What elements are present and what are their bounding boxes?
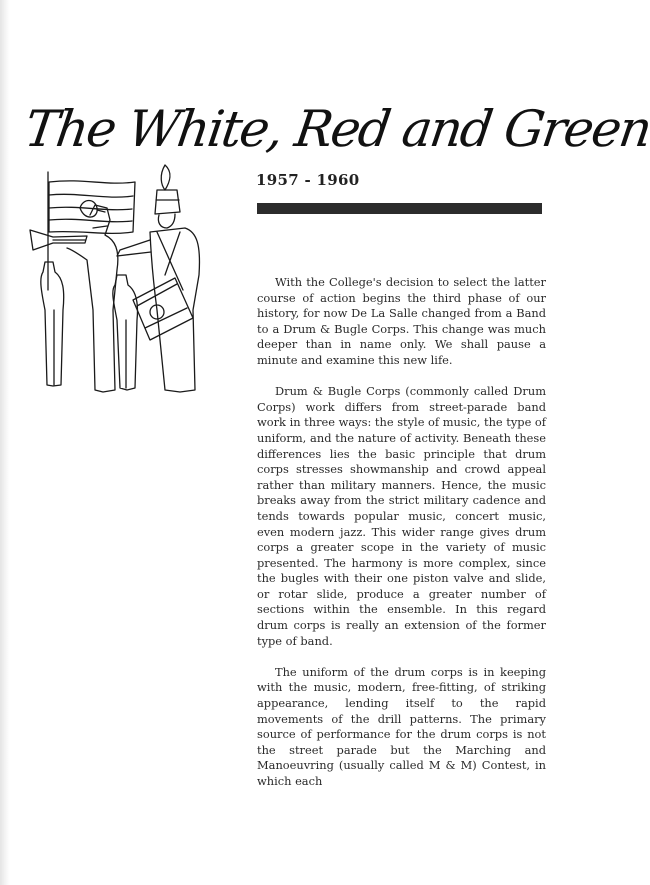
section-divider-bar (257, 203, 542, 214)
drum-corps-illustration (25, 160, 215, 400)
paragraph: The uniform of the drum corps is in keep… (257, 665, 546, 790)
article-body: With the College's decision to select th… (257, 275, 546, 805)
page-edge-shadow (0, 0, 10, 885)
paragraph: With the College's decision to select th… (257, 275, 546, 369)
page-title: The White, Red and Green (20, 92, 511, 167)
paragraph: Drum & Bugle Corps (commonly called Drum… (257, 384, 546, 649)
date-range-heading: 1957 - 1960 (256, 171, 359, 189)
